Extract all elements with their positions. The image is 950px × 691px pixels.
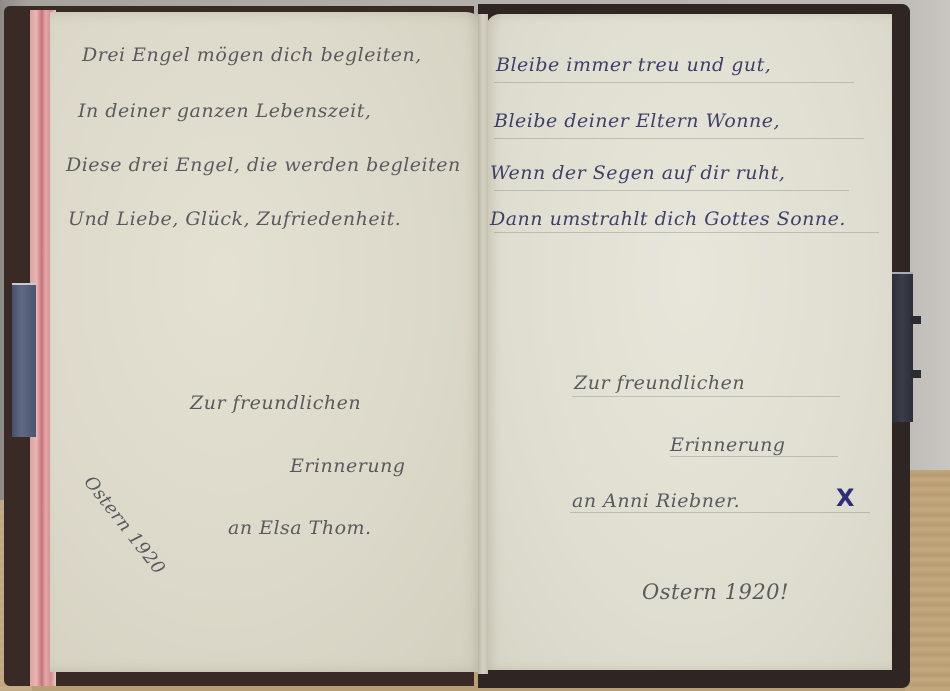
right-poem-line-3: Wenn der Segen auf dir ruht, [490, 162, 785, 184]
left-poem-line-4: Und Liebe, Glück, Zufriedenheit. [68, 208, 401, 230]
right-poem-line-4: Dann umstrahlt dich Gottes Sonne. [490, 208, 846, 230]
left-poem-line-1: Drei Engel mögen dich begleiten, [82, 44, 422, 66]
ruled-line [670, 456, 838, 457]
right-poem-line-1: Bleibe immer treu und gut, [496, 54, 771, 76]
metal-clasp-right [891, 272, 913, 422]
ruled-line [494, 82, 854, 83]
left-dedication-signature: an Elsa Thom. [228, 517, 372, 539]
ruled-line [572, 396, 840, 397]
cross-mark: X [836, 484, 855, 512]
left-dedication-line-2: Erinnerung [290, 455, 405, 477]
clasp-tab-upper [911, 316, 921, 324]
right-dedication-signature: an Anni Riebner. [572, 490, 740, 512]
left-poem-line-2: In deiner ganzen Lebenszeit, [78, 100, 371, 122]
right-poem-line-2: Bleibe deiner Eltern Wonne, [494, 110, 780, 132]
ruled-line [494, 138, 864, 139]
left-poem-line-3: Diese drei Engel, die werden begleiten [66, 154, 461, 176]
left-dedication-line-1: Zur freundlichen [190, 392, 361, 414]
right-dedication-line-1: Zur freundlichen [574, 372, 745, 394]
wooden-table-right [905, 470, 950, 691]
right-date: Ostern 1920! [642, 580, 789, 604]
ruled-line [494, 190, 849, 191]
ruled-line [570, 512, 870, 513]
book-gutter [478, 14, 488, 674]
ruled-line [494, 232, 879, 233]
right-dedication-line-2: Erinnerung [670, 434, 785, 456]
metal-clasp-left [12, 283, 36, 437]
clasp-tab-lower [911, 370, 921, 378]
